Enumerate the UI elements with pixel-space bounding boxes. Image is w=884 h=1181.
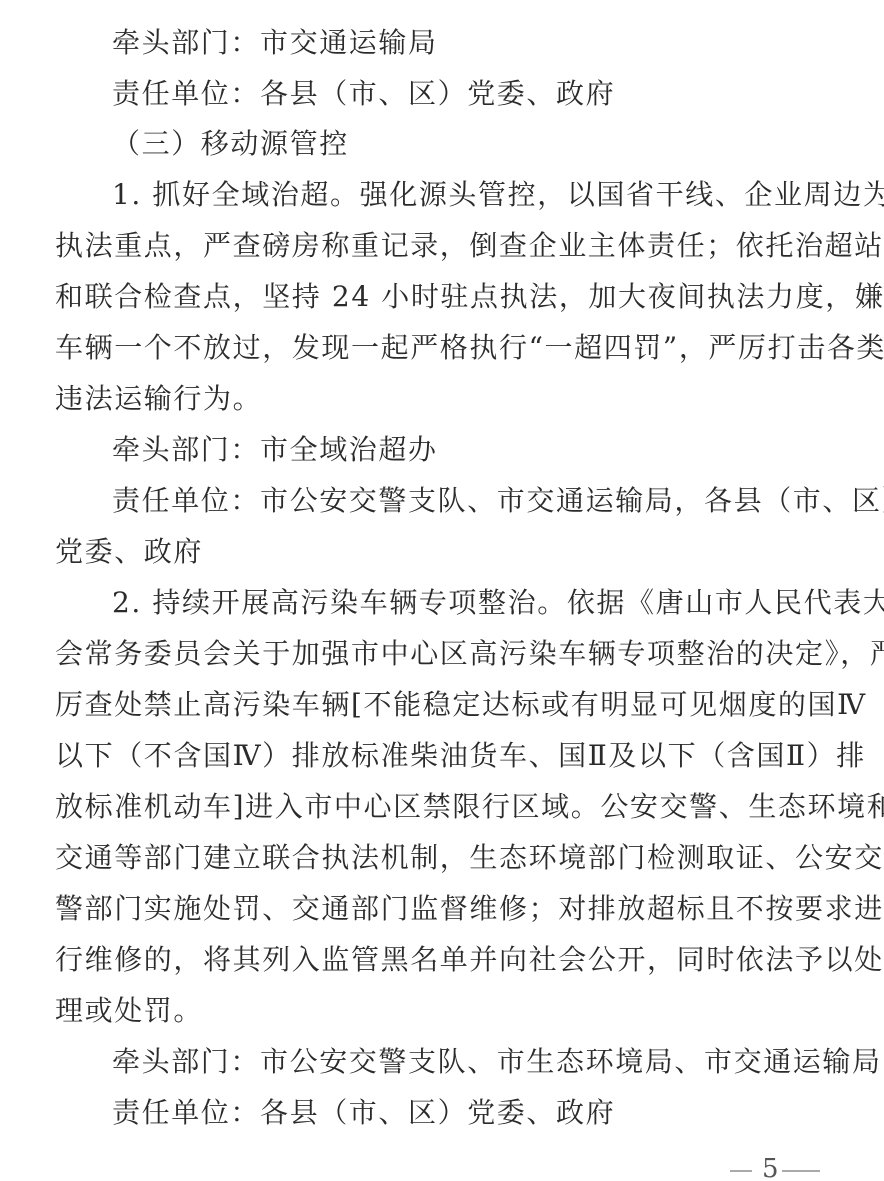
- document-page: 牵头部门：市交通运输局 责任单位：各县（市、区）党委、政府 （三）移动源管控 1…: [0, 0, 884, 1181]
- paragraph-line: 行维修的，将其列入监管黑名单并向社会公开，同时依法予以处: [55, 943, 884, 977]
- paragraph-line: 以下（不含国Ⅳ）排放标准柴油货车、国Ⅱ及以下（含国Ⅱ）排: [55, 739, 866, 773]
- lead-department-line: 牵头部门：市交通运输局: [112, 26, 438, 60]
- paragraph-line: 放标准机动车]进入市中心区禁限行区域。公安交警、生态环境和: [55, 790, 884, 824]
- page-number-dash-right: [782, 1170, 820, 1172]
- paragraph-line: 车辆一个不放过，发现一起严格执行“一超四罚”，严厉打击各类: [55, 331, 884, 365]
- responsible-unit-line: 责任单位：各县（市、区）党委、政府: [112, 77, 615, 111]
- paragraph-line: 理或处罚。: [55, 994, 203, 1028]
- paragraph-line: 交通等部门建立联合执法机制，生态环境部门检测取证、公安交: [55, 841, 884, 875]
- section-heading: （三）移动源管控: [112, 127, 349, 161]
- page-number-dash-left: [730, 1170, 752, 1172]
- paragraph-line: 执法重点，严查磅房称重记录，倒查企业主体责任；依托治超站: [55, 229, 884, 263]
- paragraph-line: 和联合检查点，坚持 24 小时驻点执法，加大夜间执法力度，嫌疑: [55, 280, 884, 314]
- responsible-unit-line: 党委、政府: [55, 535, 203, 569]
- lead-department-line: 牵头部门：市公安交警支队、市生态环境局、市交通运输局: [112, 1045, 882, 1079]
- paragraph-line: 2. 持续开展高污染车辆专项整治。依据《唐山市人民代表大: [112, 586, 884, 620]
- lead-department-line: 牵头部门：市全域治超办: [112, 433, 438, 467]
- page-number: 5: [762, 1156, 779, 1181]
- paragraph-line: 厉查处禁止高污染车辆[不能稳定达标或有明显可见烟度的国Ⅳ: [55, 688, 867, 722]
- paragraph-line: 会常务委员会关于加强市中心区高污染车辆专项整治的决定》，严: [55, 637, 884, 671]
- responsible-unit-line: 责任单位：各县（市、区）党委、政府: [112, 1096, 615, 1130]
- paragraph-line: 违法运输行为。: [55, 382, 262, 416]
- paragraph-line: 警部门实施处罚、交通部门监督维修；对排放超标且不按要求进: [55, 892, 884, 926]
- responsible-unit-line: 责任单位：市公安交警支队、市交通运输局，各县（市、区）: [112, 484, 884, 518]
- paragraph-line: 1. 抓好全域治超。强化源头管控，以国省干线、企业周边为: [112, 178, 884, 212]
